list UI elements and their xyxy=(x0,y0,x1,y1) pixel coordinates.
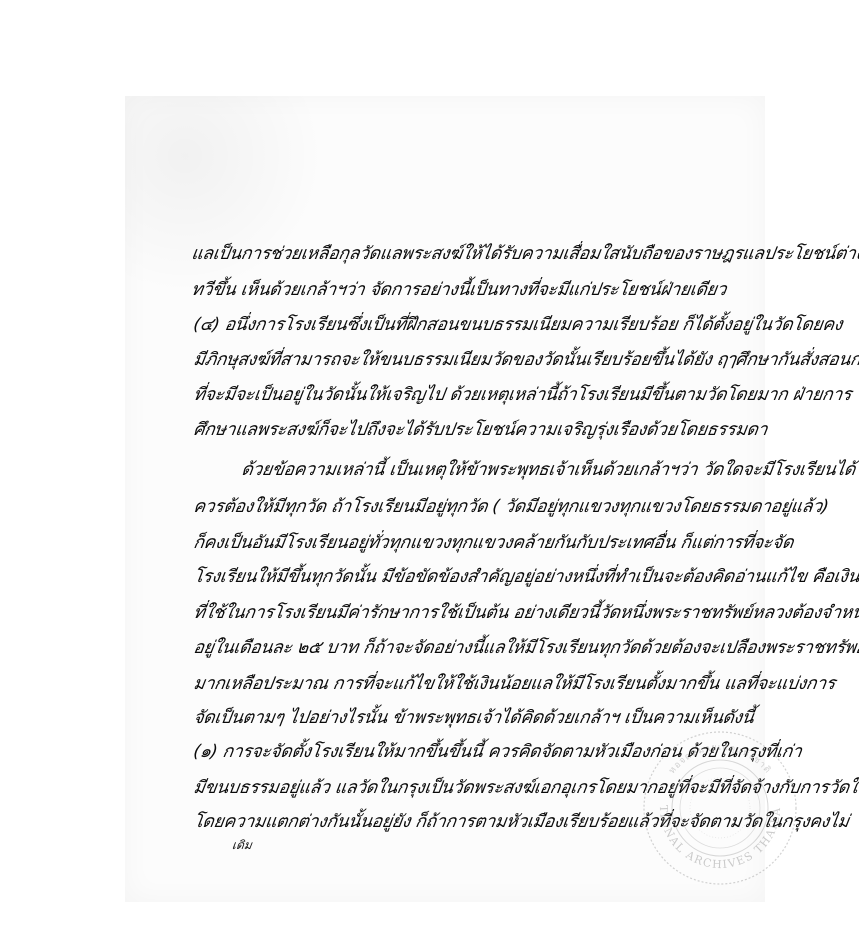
manuscript-line-11: ที่ใช้ในการโรงเรียนมีค่ารักษาการใช้เป็นต… xyxy=(192,603,859,623)
manuscript-line-6: ศึกษาแลพระสงฆ์ก็จะไปถึงจะได้รับประโยชน์ค… xyxy=(192,420,769,440)
manuscript-line-1: แลเป็นการช่วยเหลือกุลวัดแลพระสงฆ์ให้ได้ร… xyxy=(190,244,859,264)
marginal-note: เดิม xyxy=(231,836,253,855)
svg-text:หอจดหมายเหตุแห่งชาติ: หอจดหมายเหตุแห่งชาติ xyxy=(667,743,773,776)
manuscript-line-4: มีภิกษุสงฆ์ที่สามารถจะให้ขนบธรรมเนียมวัด… xyxy=(192,350,859,370)
manuscript-line-13: มากเหลือประมาณ การที่จะแก้ไขให้ใช้เงินน้… xyxy=(192,674,836,694)
manuscript-line-10: โรงเรียนให้มีขึ้นทุกวัดนั้น มีข้อขัดข้อง… xyxy=(192,567,859,587)
seal-icon: NATIONAL ARCHIVES THAILAND หอจดหมายเหตุแ… xyxy=(640,728,800,888)
manuscript-line-5: ที่จะมีจะเป็นอยู่ในวัดนั้นให้เจริญไป ด้ว… xyxy=(192,385,852,405)
manuscript-line-12: อยู่ในเดือนละ ๒๕ บาท ก็ถ้าจะจัดอย่างนี้แ… xyxy=(192,638,859,658)
manuscript-line-2: ทวีขึ้น เห็นด้วยเกล้าฯว่า จัดการอย่างนี้… xyxy=(190,280,728,300)
manuscript-line-8: ควรต้องให้มีทุกวัด ถ้าโรงเรียนมีอยู่ทุกว… xyxy=(192,497,830,517)
manuscript-line-3: (๔) อนึ่งการโรงเรียนซึ่งเป็นที่ฝึกสอนขนบ… xyxy=(192,315,844,335)
manuscript-line-7: ด้วยข้อความเหล่านี้ เป็นเหตุให้ข้าพระพุท… xyxy=(240,460,856,480)
manuscript-line-9: ก็คงเป็นอันมีโรงเรียนอยู่ทั่วทุกแขวงทุกแ… xyxy=(192,533,794,553)
national-archives-seal: NATIONAL ARCHIVES THAILAND หอจดหมายเหตุแ… xyxy=(640,728,800,888)
manuscript-line-14: จัดเป็นตามๆ ไปอย่างไรนั้น ข้าพระพุทธเจ้า… xyxy=(192,708,755,728)
